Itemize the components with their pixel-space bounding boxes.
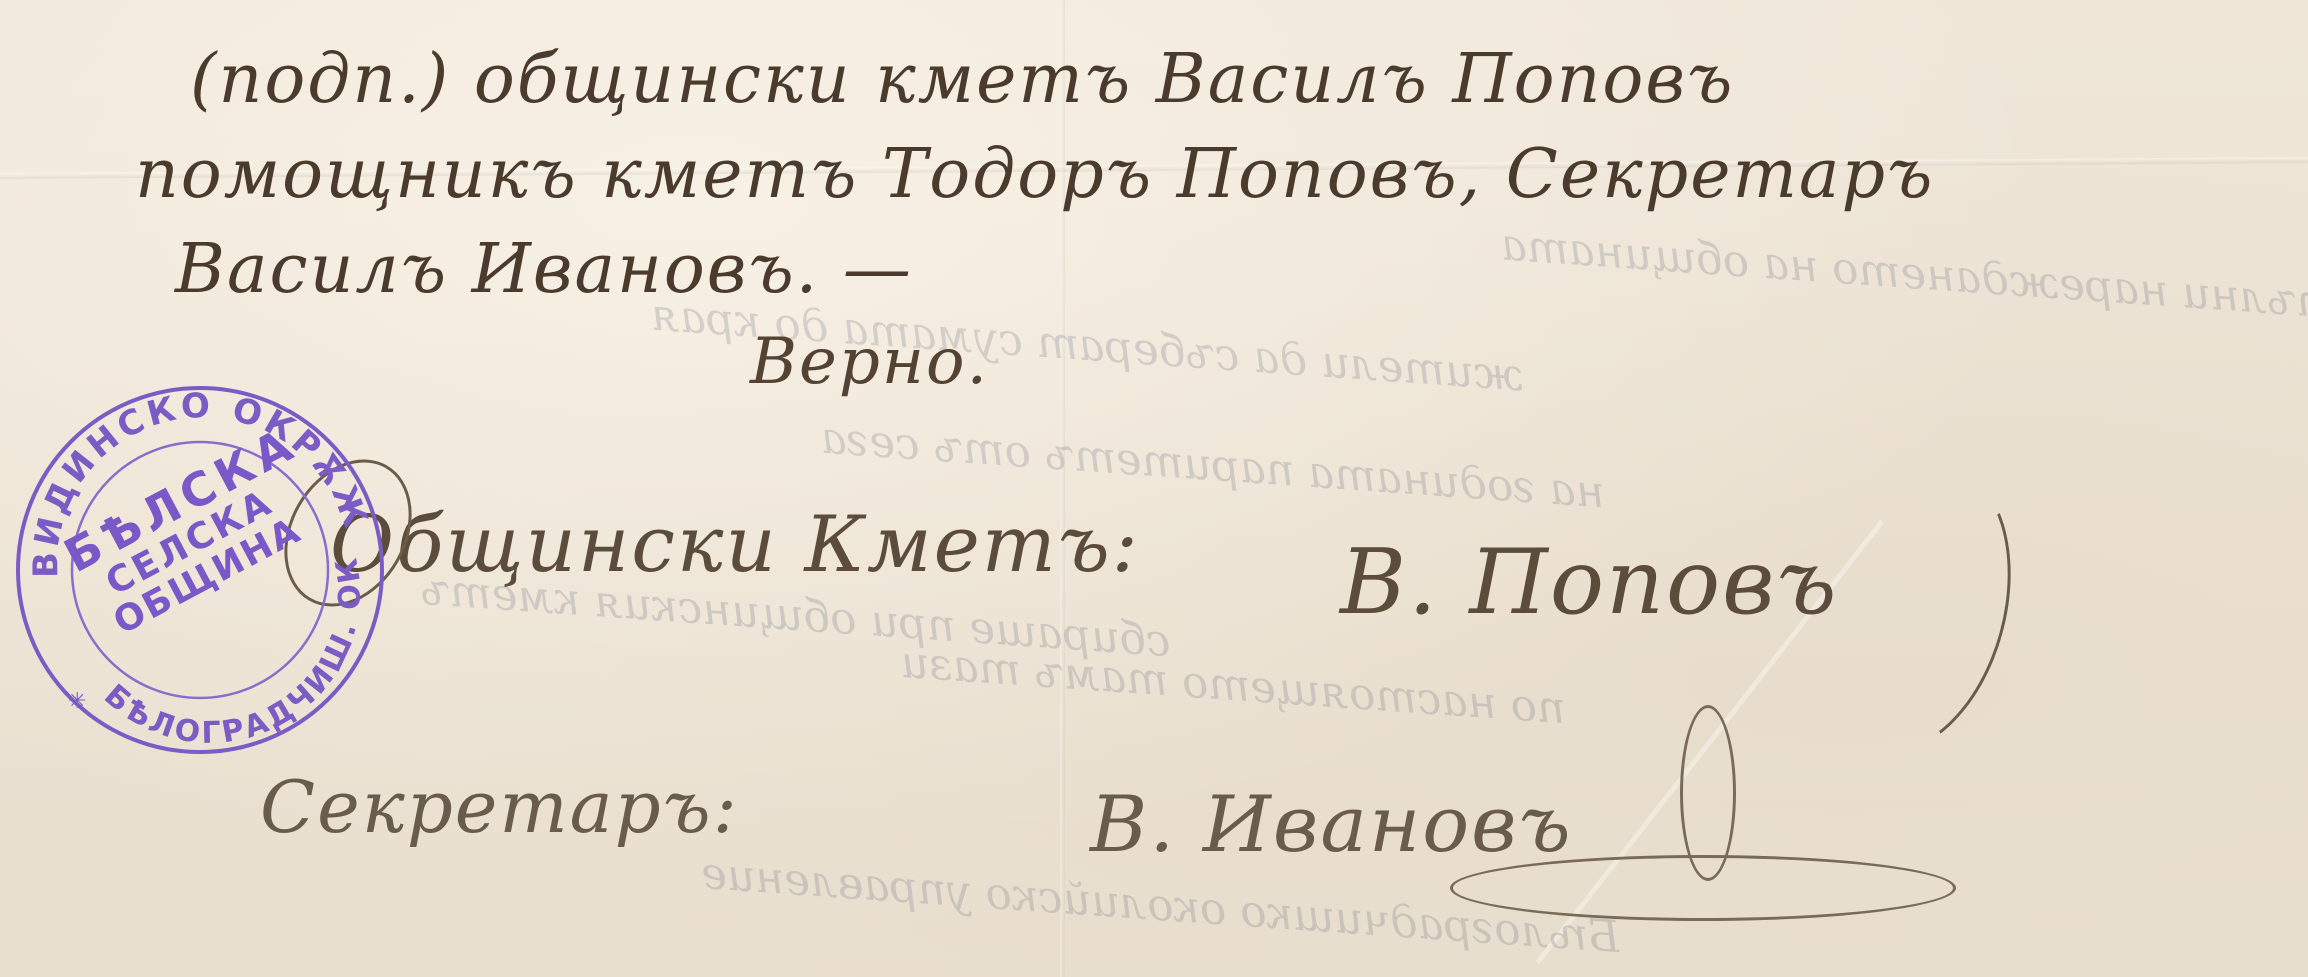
secretary-loop-flourish	[1680, 705, 1736, 881]
mayor-signature: В. Поповъ	[1340, 530, 1839, 635]
stamp-ornament-icon: ✳	[68, 689, 86, 714]
secretary-title: Секретаръ:	[260, 765, 739, 849]
bleed-line: изпълни нареждането на общината	[1499, 219, 2308, 331]
body-line-2: помощникъ кметъ Тодоръ Поповъ, Секретаръ	[135, 135, 1934, 214]
mayor-title: Общински Кметъ:	[330, 500, 1140, 590]
certification-verno: Верно.	[750, 325, 989, 399]
mayor-signature-flourish	[1785, 441, 2041, 775]
body-line-1: (подп.) общински кметъ Василъ Поповъ	[190, 40, 1734, 119]
municipal-stamp: ВИДИНСКО ОКРѪЖИЕ БѢЛОГРАДЧИШ. ОКО. ✳ БѢЛ…	[8, 378, 393, 763]
secretary-signature: В. Ивановъ	[1090, 780, 1573, 870]
body-line-3: Василъ Ивановъ. —	[175, 230, 913, 309]
